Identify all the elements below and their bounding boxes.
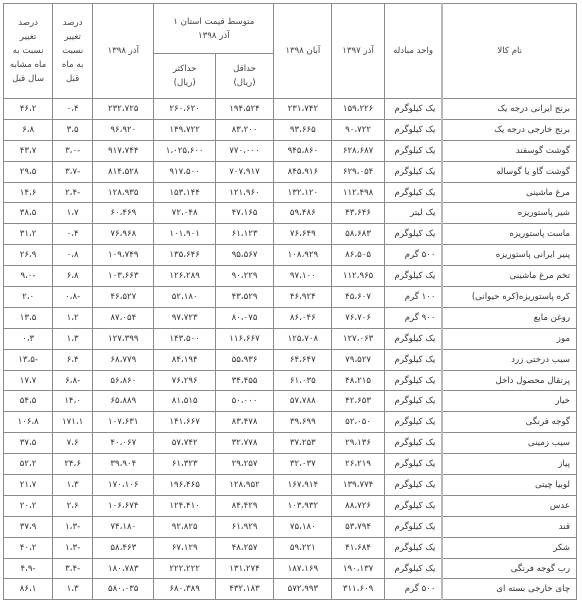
azar-1397-cell: ۴۳،۶۴۶ <box>332 203 384 224</box>
max-price-cell: ۵۲،۱۸۰ <box>154 287 215 308</box>
table-row: شکریک کیلوگرم۴۱،۶۸۴۵۹،۲۲۱۴۸،۲۵۷۶۷،۱۲۹۵۸،… <box>4 537 577 558</box>
min-price-cell: ۱۲۱،۹۶۰ <box>215 182 273 203</box>
aban-1398-cell: ۸۴۵،۹۱۶ <box>274 161 332 182</box>
azar-1397-cell: ۲۹،۱۳۶ <box>332 433 384 454</box>
max-price-cell: ۱۴۹،۷۲۲ <box>154 119 215 140</box>
azar-1397-cell: ۱۱۲،۹۶۵ <box>332 266 384 287</box>
table-row: عدسیک کیلوگرم۸۸،۷۲۶۱۰۳،۹۳۲۸۴،۴۲۹۱۲۴،۴۱۰۱… <box>4 495 577 516</box>
header-pct-month-l5: قبل <box>53 72 92 86</box>
max-price-cell: ۱۲۴،۴۱۰ <box>154 495 215 516</box>
min-price-cell: ۵۰،۰۰۰ <box>215 391 273 412</box>
azar-1398-cell: ۱۰۶،۶۷۴ <box>93 495 154 516</box>
min-price-cell: ۹۵،۵۶۷ <box>215 245 273 266</box>
header-max-price: حداکثر (ریال) <box>154 54 215 99</box>
min-price-cell: ۱۲۸،۹۵۲ <box>215 475 273 496</box>
min-price-cell: ۱۳۱،۲۷۴ <box>215 558 273 570</box>
azar-1398-cell: ۶۸،۷۷۹ <box>93 349 154 370</box>
azar-1398-cell: ۴۶،۵۲۷ <box>93 287 154 308</box>
pct-change-year-cell: -۴،۹ <box>4 558 53 570</box>
aban-1398-cell: ۱۸۷،۱۶۹ <box>274 558 332 570</box>
azar-1398-cell: ۱۰۹،۷۴۹ <box>93 245 154 266</box>
aban-1398-cell: ۷۵،۱۸۰ <box>274 516 332 537</box>
unit-cell: یک کیلوگرم <box>384 370 442 391</box>
table-row: لوبیا چیتییک کیلوگرم۱۳۹،۷۷۴۱۶۷،۹۱۴۱۲۸،۹۵… <box>4 475 577 496</box>
azar-1398-cell: ۱۰۳،۶۶۳ <box>93 266 154 287</box>
azar-1398-cell: ۱۰۷،۶۳۱ <box>93 412 154 433</box>
azar-1397-cell: ۶۲۹،۰۵۴ <box>332 161 384 182</box>
pct-change-month-cell: ۳،۵ <box>53 119 93 140</box>
table-row: پنیر ایرانی پاستوریزه۵۰۰ گرم۸۶،۵۰۵۱۰۸،۹۲… <box>4 245 577 266</box>
min-price-cell: ۱۹۴،۵۲۴ <box>215 99 273 120</box>
pct-change-month-cell: ۱،۷ <box>53 203 93 224</box>
pct-change-month-cell: -۰،۸ <box>53 287 93 308</box>
max-price-cell: ۹۲،۸۲۵ <box>154 516 215 537</box>
header-avg-line1: متوسط قیمت استان ۱ <box>154 15 273 29</box>
azar-1398-cell: ۳۹،۹۰۴ <box>93 454 154 475</box>
aban-1398-cell: ۴۶،۹۲۴ <box>274 287 332 308</box>
unit-cell: یک کیلوگرم <box>384 412 442 433</box>
pct-change-year-cell: ۳۱،۲ <box>4 224 53 245</box>
table-row: برنج خارجی درجه یکیک کیلوگرم۹۰،۷۲۲۹۳،۶۶۵… <box>4 119 577 140</box>
unit-cell: ۹۰۰ گرم <box>384 307 442 328</box>
item-name-cell: تخم مرغ ماشینی <box>442 266 576 287</box>
aban-1398-cell: ۳۷،۲۵۳ <box>274 433 332 454</box>
azar-1398-cell: ۹۱۷،۷۴۴ <box>93 140 154 161</box>
azar-1398-cell: ۹۶،۹۲۰ <box>93 119 154 140</box>
pct-change-month-cell: ۰،۴ <box>53 224 93 245</box>
min-price-cell: ۸۳،۴۷۸ <box>215 412 273 433</box>
pct-change-month-cell: ۱،۲ <box>53 307 93 328</box>
item-name-cell: عدس <box>442 495 576 516</box>
pct-change-month-cell: ۶،۸ <box>53 266 93 287</box>
header-pct-month-l2: تغییر <box>53 30 92 44</box>
table-row: برنج ایرانی درجه یکیک کیلوگرم۱۵۹،۲۲۶۲۳۱،… <box>4 99 577 120</box>
min-price-cell: ۸۳،۲۰۰ <box>215 119 273 140</box>
item-name-cell: برنج ایرانی درجه یک <box>442 99 576 120</box>
max-price-cell: ۹۱۷،۵۰۰ <box>154 161 215 182</box>
pct-change-month-cell: -۳،۷ <box>53 161 93 182</box>
aban-1398-cell: ۹۷،۱۰۰ <box>274 266 332 287</box>
header-avg-price-group: متوسط قیمت استان ۱ آذر ۱۳۹۸ <box>154 4 274 54</box>
pct-change-year-cell: ۳۷،۹ <box>4 516 53 537</box>
pct-change-year-cell: ۱۰۶،۸ <box>4 412 53 433</box>
table-header: نام کالا واحد مبادله آذر ۱۳۹۷ آبان ۱۳۹۸ … <box>4 4 577 99</box>
min-price-cell: ۴۷،۱۶۵ <box>215 203 273 224</box>
aban-1398-cell: ۹۴۵،۸۶۰ <box>274 140 332 161</box>
azar-1398-cell: ۸۷،۰۵۴ <box>93 307 154 328</box>
max-price-cell: ۱۵۳،۱۴۴ <box>154 182 215 203</box>
unit-cell: یک کیلوگرم <box>384 495 442 516</box>
header-max-line2: (ریال) <box>154 76 214 90</box>
azar-1398-cell: ۸۱۴،۵۲۸ <box>93 161 154 182</box>
pct-change-month-cell: -۲،۴ <box>53 182 93 203</box>
item-name-cell: رب گوجه فرنگی <box>442 558 576 570</box>
header-unit: واحد مبادله <box>384 4 442 99</box>
pct-change-year-cell: ۳۷،۵ <box>4 433 53 454</box>
table-row: خیاریک کیلوگرم۴۲،۶۵۳۵۷،۷۸۸۵۰،۰۰۰۸۱،۵۱۵۶۵… <box>4 391 577 412</box>
pct-change-month-cell: ۰،۴ <box>53 99 93 120</box>
item-name-cell: خیار <box>442 391 576 412</box>
table-row: مرغ ماشینییک کیلوگرم۱۱۲،۴۹۸۱۳۲،۱۲۰۱۲۱،۹۶… <box>4 182 577 203</box>
aban-1398-cell: ۲۳۱،۷۴۲ <box>274 99 332 120</box>
header-min-line1: حداقل <box>216 62 273 76</box>
min-price-cell: ۸۴،۴۲۹ <box>215 495 273 516</box>
header-pct-year-l4: ماه مشابه <box>4 58 52 72</box>
unit-cell: یک کیلوگرم <box>384 433 442 454</box>
pct-change-year-cell: ۴۰،۲ <box>4 537 53 558</box>
pct-change-month-cell: -۳،۴ <box>53 558 93 570</box>
pct-change-month-cell: -۱،۳ <box>53 516 93 537</box>
pct-change-month-cell: ۰،۸ <box>53 245 93 266</box>
table-row: گوشت گاو یا گوسالهیک کیلوگرم۶۲۹،۰۵۴۸۴۵،۹… <box>4 161 577 182</box>
azar-1398-cell: ۵۶،۸۶۰ <box>93 370 154 391</box>
max-price-cell: ۷۲،۰۴۸ <box>154 203 215 224</box>
max-price-cell: ۷۶،۲۹۶ <box>154 370 215 391</box>
max-price-cell: ۱۲۶،۲۸۹ <box>154 266 215 287</box>
table-row: گوجه فرنگییک کیلوگرم۵۲،۰۵۰۳۹،۶۹۹۸۳،۴۷۸۱۴… <box>4 412 577 433</box>
table-row: موزیک کیلوگرم۱۲۷،۰۶۳۱۲۵،۷۰۸۱۱۶،۶۶۷۱۴۳،۵۰… <box>4 328 577 349</box>
item-name-cell: پرتقال محصول داخل <box>442 370 576 391</box>
azar-1397-cell: ۸۸،۷۲۶ <box>332 495 384 516</box>
max-price-cell: ۸۴،۱۹۴ <box>154 349 215 370</box>
azar-1397-cell: ۹۰،۷۲۲ <box>332 119 384 140</box>
pct-change-year-cell: -۹،۰ <box>4 266 53 287</box>
pct-change-year-cell: ۴۳،۷ <box>4 140 53 161</box>
header-pct-change-year: درصد تغییر نسبت به ماه مشابه سال قبل <box>4 4 53 99</box>
min-price-cell: ۴۸،۲۵۷ <box>215 537 273 558</box>
unit-cell: یک کیلوگرم <box>384 99 442 120</box>
aban-1398-cell: ۷۶،۶۴۹ <box>274 224 332 245</box>
azar-1397-cell: ۴۱،۶۸۴ <box>332 537 384 558</box>
pct-change-month-cell: ۲۴،۶ <box>53 454 93 475</box>
price-table: نام کالا واحد مبادله آذر ۱۳۹۷ آبان ۱۳۹۸ … <box>3 3 577 570</box>
azar-1398-cell: ۷۶،۹۶۸ <box>93 224 154 245</box>
max-price-cell: ۱۴۳،۵۰۰ <box>154 328 215 349</box>
azar-1397-cell: ۵۳،۷۹۴ <box>332 516 384 537</box>
table-row: ماست پاستوریزهیک کیلوگرم۵۸،۶۸۳۷۶،۶۴۹۶۱،۱… <box>4 224 577 245</box>
pct-change-year-cell: ۵۴،۵ <box>4 391 53 412</box>
aban-1398-cell: ۳۲،۰۳۷ <box>274 454 332 475</box>
max-price-cell: ۹۷،۷۲۳ <box>154 307 215 328</box>
header-max-line1: حداکثر <box>154 62 214 76</box>
min-price-cell: ۱۱۶،۶۶۷ <box>215 328 273 349</box>
header-pct-year-l5: سال قبل <box>4 72 52 86</box>
aban-1398-cell: ۹۳،۶۶۵ <box>274 119 332 140</box>
max-price-cell: ۱۳۵،۶۴۶ <box>154 245 215 266</box>
aban-1398-cell: ۸۶،۰۴۶ <box>274 307 332 328</box>
item-name-cell: قند <box>442 516 576 537</box>
azar-1397-cell: ۷۶،۷۰۶ <box>332 307 384 328</box>
table-row: پرتقال محصول داخلیک کیلوگرم۴۸،۲۱۵۶۱،۰۳۵۳… <box>4 370 577 391</box>
header-pct-change-month: درصد تغییر نسبت به ماه قبل <box>53 4 93 99</box>
pct-change-year-cell: ۴۶،۲ <box>4 99 53 120</box>
max-price-cell: ۱۹۶،۴۶۵ <box>154 475 215 496</box>
aban-1398-cell: ۵۷،۷۸۸ <box>274 391 332 412</box>
pct-change-month-cell: -۶،۸ <box>53 370 93 391</box>
min-price-cell: ۸۰،۰۷۵ <box>215 307 273 328</box>
aban-1398-cell: ۱۲۵،۷۰۸ <box>274 328 332 349</box>
item-name-cell: گوجه فرنگی <box>442 412 576 433</box>
azar-1397-cell: ۷۹،۵۲۷ <box>332 349 384 370</box>
unit-cell: یک کیلوگرم <box>384 119 442 140</box>
max-price-cell: ۲۲۲،۲۲۲ <box>154 558 215 570</box>
max-price-cell: ۶۱،۳۲۳ <box>154 454 215 475</box>
pct-change-month-cell: ۲،۶ <box>53 495 93 516</box>
table-body: برنج ایرانی درجه یکیک کیلوگرم۱۵۹،۲۲۶۲۳۱،… <box>4 99 577 571</box>
item-name-cell: شکر <box>442 537 576 558</box>
azar-1398-cell: ۱۷۰،۱۰۶ <box>93 475 154 496</box>
pct-change-year-cell: ۲۰،۲ <box>4 495 53 516</box>
min-price-cell: ۷۰۷،۹۱۷ <box>215 161 273 182</box>
pct-change-year-cell: ۲۶،۹ <box>4 245 53 266</box>
header-min-price: حداقل (ریال) <box>215 54 273 99</box>
azar-1398-cell: ۲۳۲،۷۲۵ <box>93 99 154 120</box>
item-name-cell: روغن مایع <box>442 307 576 328</box>
pct-change-month-cell: ۱۷۱،۱ <box>53 412 93 433</box>
aban-1398-cell: ۱۰۳،۹۳۲ <box>274 495 332 516</box>
aban-1398-cell: ۱۳۲،۱۲۰ <box>274 182 332 203</box>
table-row: کره پاستوریزه(کره حیوانی)۱۰۰ گرم۴۵،۶۰۷۴۶… <box>4 287 577 308</box>
pct-change-month-cell: ۶،۴ <box>53 349 93 370</box>
header-pct-month-l4: به ماه <box>53 58 92 72</box>
header-pct-year-l2: تغییر <box>4 30 52 44</box>
max-price-cell: ۵۷،۷۴۲ <box>154 433 215 454</box>
azar-1397-cell: ۴۸،۲۱۵ <box>332 370 384 391</box>
header-item-name: نام کالا <box>442 4 576 99</box>
unit-cell: یک کیلوگرم <box>384 328 442 349</box>
azar-1397-cell: ۱۲۷،۰۶۳ <box>332 328 384 349</box>
azar-1398-cell: ۱۲۷،۳۹۹ <box>93 328 154 349</box>
min-price-cell: ۶۱،۹۲۹ <box>215 516 273 537</box>
azar-1398-cell: ۶۵،۸۸۹ <box>93 391 154 412</box>
item-name-cell: کره پاستوریزه(کره حیوانی) <box>442 287 576 308</box>
item-name-cell: لوبیا چیتی <box>442 475 576 496</box>
item-name-cell: ماست پاستوریزه <box>442 224 576 245</box>
item-name-cell: مرغ ماشینی <box>442 182 576 203</box>
table-row: سیب درختی زردیک کیلوگرم۷۹،۵۲۷۶۴،۶۴۷۵۵،۹۳… <box>4 349 577 370</box>
unit-cell: یک کیلوگرم <box>384 349 442 370</box>
azar-1397-cell: ۴۲،۶۵۳ <box>332 391 384 412</box>
azar-1397-cell: ۱۳۹،۷۷۴ <box>332 475 384 496</box>
azar-1397-cell: ۶۲۸،۶۸۷ <box>332 140 384 161</box>
pct-change-month-cell: ۷،۶ <box>53 433 93 454</box>
unit-cell: یک کیلوگرم <box>384 182 442 203</box>
min-price-cell: ۵۵،۹۳۶ <box>215 349 273 370</box>
unit-cell: یک کیلوگرم <box>384 558 442 570</box>
azar-1398-cell: ۱۲۸،۹۳۵ <box>93 182 154 203</box>
azar-1398-cell: ۵۸،۴۶۳ <box>93 537 154 558</box>
unit-cell: ۱۰۰ گرم <box>384 287 442 308</box>
max-price-cell: ۲۶۰،۶۲۰ <box>154 99 215 120</box>
azar-1398-cell: ۴۰،۰۶۷ <box>93 433 154 454</box>
max-price-cell: ۱۰۱،۹۰۱ <box>154 224 215 245</box>
pct-change-year-cell: ۳۸،۵ <box>4 203 53 224</box>
unit-cell: یک کیلوگرم <box>384 140 442 161</box>
item-name-cell: موز <box>442 328 576 349</box>
header-pct-month-l1: درصد <box>53 16 92 30</box>
unit-cell: یک کیلوگرم <box>384 266 442 287</box>
pct-change-month-cell: ۱۴،۰ <box>53 391 93 412</box>
table-row: روغن مایع۹۰۰ گرم۷۶،۷۰۶۸۶،۰۴۶۸۰،۰۷۵۹۷،۷۲۳… <box>4 307 577 328</box>
aban-1398-cell: ۵۹،۴۸۶ <box>274 203 332 224</box>
aban-1398-cell: ۶۴،۶۴۷ <box>274 349 332 370</box>
table-row: رب گوجه فرنگییک کیلوگرم۱۹۰،۱۳۷۱۸۷،۱۶۹۱۳۱… <box>4 558 577 570</box>
pct-change-month-cell: -۱،۳ <box>53 537 93 558</box>
table-row: تخم مرغ ماشینییک کیلوگرم۱۱۲،۹۶۵۹۷،۱۰۰۹۰،… <box>4 266 577 287</box>
azar-1397-cell: ۴۵،۶۰۷ <box>332 287 384 308</box>
header-aban-1398: آبان ۱۳۹۸ <box>274 4 332 99</box>
azar-1398-cell: ۶۰،۴۶۹ <box>93 203 154 224</box>
pct-change-month-cell: ۱،۳ <box>53 328 93 349</box>
header-pct-year-l3: نسبت به <box>4 44 52 58</box>
pct-change-year-cell: ۶،۸ <box>4 119 53 140</box>
unit-cell: یک کیلوگرم <box>384 537 442 558</box>
max-price-cell: ۸۱،۵۱۵ <box>154 391 215 412</box>
unit-cell: یک لیتر <box>384 203 442 224</box>
min-price-cell: ۹۰،۲۲۹ <box>215 266 273 287</box>
unit-cell: یک کیلوگرم <box>384 161 442 182</box>
pct-change-year-cell: ۲۱،۷ <box>4 475 53 496</box>
unit-cell: ۵۰۰ گرم <box>384 245 442 266</box>
max-price-cell: ۱،۰۲۵،۶۰۰ <box>154 140 215 161</box>
item-name-cell: پیاز <box>442 454 576 475</box>
min-price-cell: ۴۳،۵۲۹ <box>215 287 273 308</box>
pct-change-year-cell: ۲،۰ <box>4 287 53 308</box>
min-price-cell: ۳۲،۷۷۸ <box>215 433 273 454</box>
table-row: سیب زمینییک کیلوگرم۲۹،۱۳۶۳۷،۲۵۳۳۲،۷۷۸۵۷،… <box>4 433 577 454</box>
pct-change-year-cell: ۱۷،۷ <box>4 370 53 391</box>
header-azar-1397: آذر ۱۳۹۷ <box>332 4 384 99</box>
unit-cell: یک کیلوگرم <box>384 391 442 412</box>
pct-change-year-cell: ۱۴،۶ <box>4 182 53 203</box>
header-avg-line2: آذر ۱۳۹۸ <box>154 29 273 43</box>
azar-1397-cell: ۵۸،۶۸۳ <box>332 224 384 245</box>
min-price-cell: ۶۱،۱۲۳ <box>215 224 273 245</box>
aban-1398-cell: ۶۱،۰۳۵ <box>274 370 332 391</box>
min-price-cell: ۲۹،۲۵۷ <box>215 454 273 475</box>
item-name-cell: شیر پاستوریزه <box>442 203 576 224</box>
max-price-cell: ۶۷،۱۲۹ <box>154 537 215 558</box>
header-pct-month-l3: نسبت <box>53 44 92 58</box>
aban-1398-cell: ۱۶۷،۹۱۴ <box>274 475 332 496</box>
aban-1398-cell: ۳۹،۶۹۹ <box>274 412 332 433</box>
azar-1397-cell: ۵۲،۰۵۰ <box>332 412 384 433</box>
azar-1397-cell: ۸۶،۵۰۵ <box>332 245 384 266</box>
pct-change-month-cell: ۱،۳ <box>53 475 93 496</box>
aban-1398-cell: ۱۰۸،۹۲۹ <box>274 245 332 266</box>
unit-cell: یک کیلوگرم <box>384 516 442 537</box>
unit-cell: یک کیلوگرم <box>384 475 442 496</box>
min-price-cell: ۷۷۰،۰۰۰ <box>215 140 273 161</box>
max-price-cell: ۱۴۱،۶۶۷ <box>154 412 215 433</box>
table-row: شیر پاستوریزهیک لیتر۴۳،۶۴۶۵۹،۴۸۶۴۷،۱۶۵۷۲… <box>4 203 577 224</box>
pct-change-year-cell: ۵۲،۲ <box>4 454 53 475</box>
min-price-cell: ۳۴،۴۵۵ <box>215 370 273 391</box>
header-pct-year-l1: درصد <box>4 16 52 30</box>
item-name-cell: سیب درختی زرد <box>442 349 576 370</box>
header-azar-1398: آذر ۱۳۹۸ <box>93 4 154 99</box>
pct-change-month-cell: -۳،۰ <box>53 140 93 161</box>
item-name-cell: گوشت گاو یا گوساله <box>442 161 576 182</box>
azar-1397-cell: ۲۶،۲۱۹ <box>332 454 384 475</box>
azar-1398-cell: ۷۴،۱۸۰ <box>93 516 154 537</box>
aban-1398-cell: ۵۹،۲۲۱ <box>274 537 332 558</box>
pct-change-year-cell: ۰،۳ <box>4 328 53 349</box>
header-min-line2: (ریال) <box>216 76 273 90</box>
item-name-cell: گوشت گوسفند <box>442 140 576 161</box>
unit-cell: یک کیلوگرم <box>384 454 442 475</box>
item-name-cell: سیب زمینی <box>442 433 576 454</box>
table-row: قندیک کیلوگرم۵۳،۷۹۴۷۵،۱۸۰۶۱،۹۲۹۹۲،۸۲۵۷۴،… <box>4 516 577 537</box>
pct-change-year-cell: ۲۹،۵ <box>4 161 53 182</box>
azar-1398-cell: ۱۸۰،۷۸۳ <box>93 558 154 570</box>
pct-change-year-cell: ۱۳،۵ <box>4 307 53 328</box>
unit-cell: یک کیلوگرم <box>384 224 442 245</box>
table-row: گوشت گوسفندیک کیلوگرم۶۲۸،۶۸۷۹۴۵،۸۶۰۷۷۰،۰… <box>4 140 577 161</box>
azar-1397-cell: ۱۵۹،۲۲۶ <box>332 99 384 120</box>
azar-1397-cell: ۱۹۰،۱۳۷ <box>332 558 384 570</box>
item-name-cell: برنج خارجی درجه یک <box>442 119 576 140</box>
item-name-cell: پنیر ایرانی پاستوریزه <box>442 245 576 266</box>
azar-1397-cell: ۱۱۲،۴۹۸ <box>332 182 384 203</box>
pct-change-year-cell: -۱۳،۵ <box>4 349 53 370</box>
table-row: پیازیک کیلوگرم۲۶،۲۱۹۳۲،۰۳۷۲۹،۲۵۷۶۱،۳۲۳۳۹… <box>4 454 577 475</box>
